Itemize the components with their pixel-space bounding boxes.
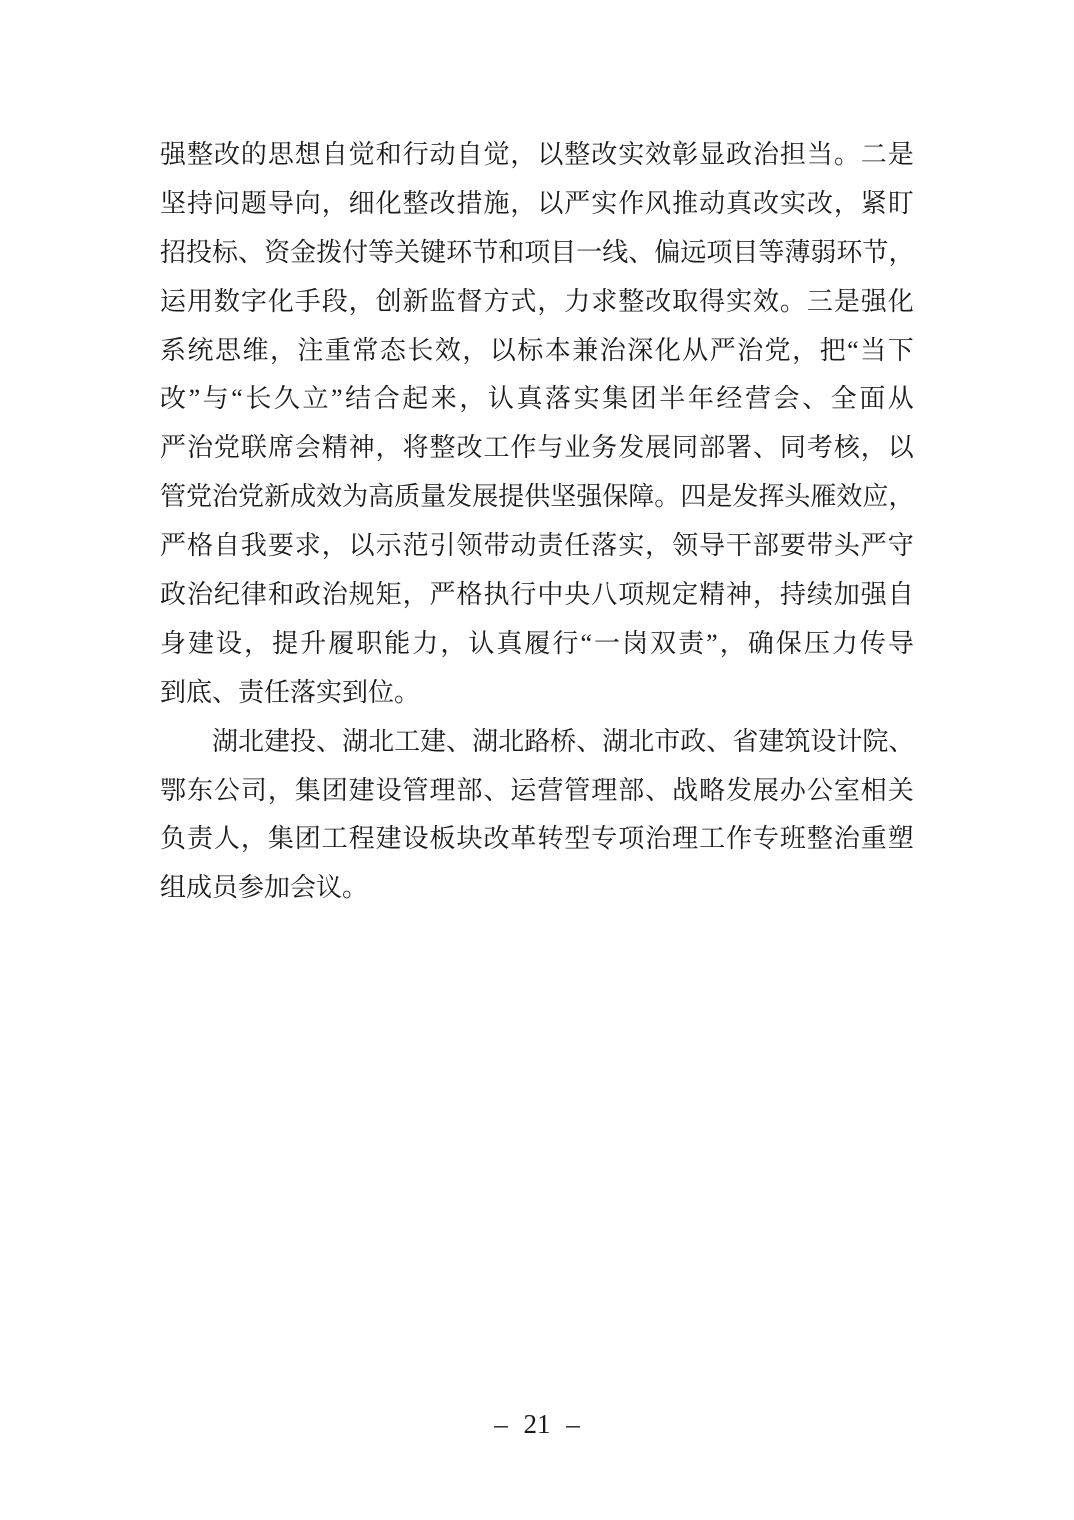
- text-line: 坚持问题导向，细化整改措施，以严实作风推动真改实改，紧盯: [160, 180, 914, 229]
- text-line: 管党治党新成效为高质量发展提供坚强保障。四是发挥头雁效应，: [160, 473, 914, 522]
- text-line: 湖北建投、湖北工建、湖北路桥、湖北市政、省建筑设计院、: [160, 718, 914, 767]
- text-line: 政治纪律和政治规矩，严格执行中央八项规定精神，持续加强自: [160, 571, 914, 620]
- text-line: 运用数字化手段，创新监督方式，力求整改取得实效。三是强化: [160, 278, 914, 327]
- paragraph-attendees: 湖北建投、湖北工建、湖北路桥、湖北市政、省建筑设计院、 鄂东公司，集团建设管理部…: [160, 718, 914, 914]
- text-line: 严格自我要求，以示范引领带动责任落实，领导干部要带头严守: [160, 522, 914, 571]
- page-number: – 21 –: [494, 1409, 580, 1439]
- document-body: 强整改的思想自觉和行动自觉，以整改实效彰显政治担当。二是 坚持问题导向，细化整改…: [160, 131, 914, 913]
- text-line: 组成员参加会议。: [160, 864, 914, 913]
- text-line: 鄂东公司，集团建设管理部、运营管理部、战略发展办公室相关: [160, 767, 914, 816]
- text-line: 到底、责任落实到位。: [160, 669, 914, 718]
- text-line: 严治党联席会精神，将整改工作与业务发展同部署、同考核，以: [160, 424, 914, 473]
- document-page: 强整改的思想自觉和行动自觉，以整改实效彰显政治担当。二是 坚持问题导向，细化整改…: [0, 0, 1074, 1520]
- text-line: 强整改的思想自觉和行动自觉，以整改实效彰显政治担当。二是: [160, 131, 914, 180]
- text-line: 身建设，提升履职能力，认真履行“一岗双责”，确保压力传导: [160, 620, 914, 669]
- paragraph-continuation: 强整改的思想自觉和行动自觉，以整改实效彰显政治担当。二是 坚持问题导向，细化整改…: [160, 131, 914, 718]
- text-line: 负责人，集团工程建设板块改革转型专项治理工作专班整治重塑: [160, 815, 914, 864]
- text-line: 招投标、资金拨付等关键环节和项目一线、偏远项目等薄弱环节，: [160, 229, 914, 278]
- text-line: 系统思维，注重常态长效，以标本兼治深化从严治党，把“当下: [160, 327, 914, 376]
- page-footer: – 21 –: [0, 1407, 1074, 1441]
- text-line: 改”与“长久立”结合起来，认真落实集团半年经营会、全面从: [160, 375, 914, 424]
